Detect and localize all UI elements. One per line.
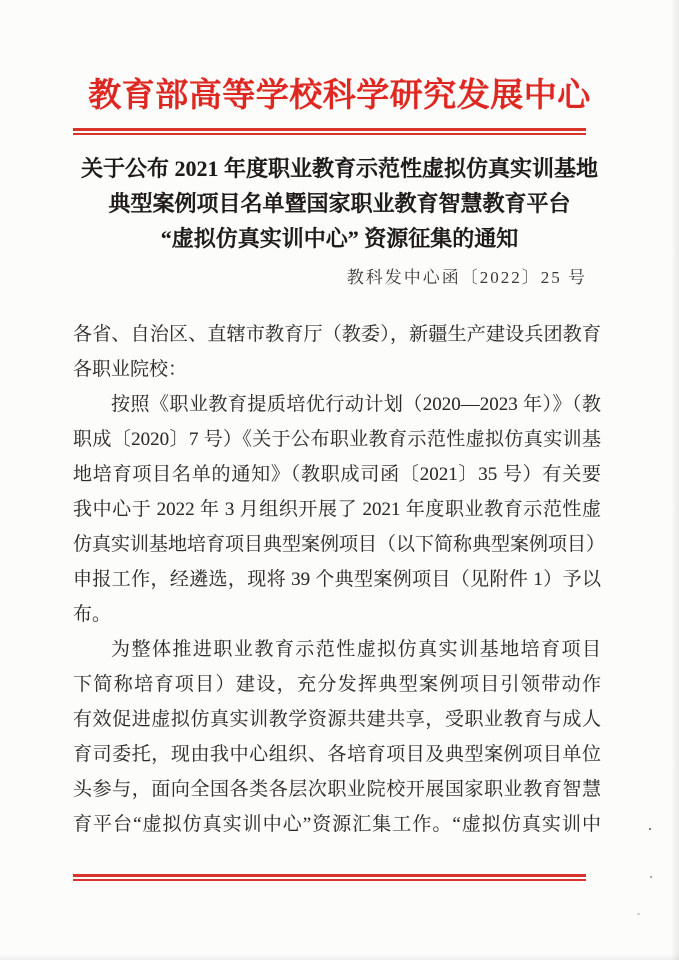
body-line: 下简称培育项目）建设，充分发挥典型案例项目引领带动作用， (73, 667, 601, 702)
body-line: 布。 (73, 597, 601, 632)
notice-title-line-2: 典型案例项目名单暨国家职业教育智慧教育平台 (0, 186, 679, 221)
notice-title-line-3: “虚拟仿真实训中心” 资源征集的通知 (0, 221, 679, 256)
document-number: 教科发中心函〔2022〕25 号 (73, 263, 587, 288)
body-line: 按照《职业教育提质培优行动计划（2020—2023 年）》（教 (73, 387, 601, 422)
rule-bottom-bar (73, 879, 586, 881)
body-line: 头参与，面向全国各类各层次职业院校开展国家职业教育智慧教 (73, 772, 601, 807)
body-line: 各省、自治区、直辖市教育厅（教委），新疆生产建设兵团教育局， (73, 317, 601, 352)
letterhead-double-rule (73, 128, 586, 135)
body-line: 育平台“虚拟仿真实训中心”资源汇集工作。“虚拟仿真实训中 (73, 807, 601, 842)
body-line: 仿真实训基地培育项目典型案例项目（以下简称典型案例项目） (73, 527, 601, 562)
body-line: 地培育项目名单的通知》（教职成司函〔2021〕35 号）有关要求， (73, 457, 601, 492)
scanned-notice-page: 教育部高等学校科学研究发展中心 关于公布 2021 年度职业教育示范性虚拟仿真实… (0, 0, 679, 960)
notice-title: 关于公布 2021 年度职业教育示范性虚拟仿真实训基地 典型案例项目名单暨国家职… (0, 151, 679, 256)
body-line: 申报工作，经遴选，现将 39 个典型案例项目（见附件 1）予以公 (73, 562, 601, 597)
scan-edge-shadow-right (671, 0, 679, 960)
body-line: 各职业院校： (73, 352, 601, 387)
scan-speck (649, 828, 651, 830)
notice-title-line-1: 关于公布 2021 年度职业教育示范性虚拟仿真实训基地 (0, 151, 679, 186)
scan-edge-shadow-bottom (0, 954, 679, 960)
scan-speck (650, 876, 652, 878)
letterhead-org-name: 教育部高等学校科学研究发展中心 (0, 69, 679, 116)
footer-double-rule (73, 874, 586, 881)
body-line: 有效促进虚拟仿真实训教学资源共建共享，受职业教育与成人教 (73, 702, 601, 737)
body-line: 育司委托，现由我中心组织、各培育项目及典型案例项目单位带 (73, 737, 601, 772)
notice-body: 各省、自治区、直辖市教育厅（教委），新疆生产建设兵团教育局， 各职业院校： 按照… (73, 317, 601, 842)
rule-bottom-bar (73, 133, 586, 135)
body-line: 职成〔2020〕7 号）《关于公布职业教育示范性虚拟仿真实训基 (73, 422, 601, 457)
scan-speck (637, 913, 640, 915)
body-line: 我中心于 2022 年 3 月组织开展了 2021 年度职业教育示范性虚拟 (73, 492, 601, 527)
body-line: 为整体推进职业教育示范性虚拟仿真实训基地培育项目（以 (73, 632, 601, 667)
